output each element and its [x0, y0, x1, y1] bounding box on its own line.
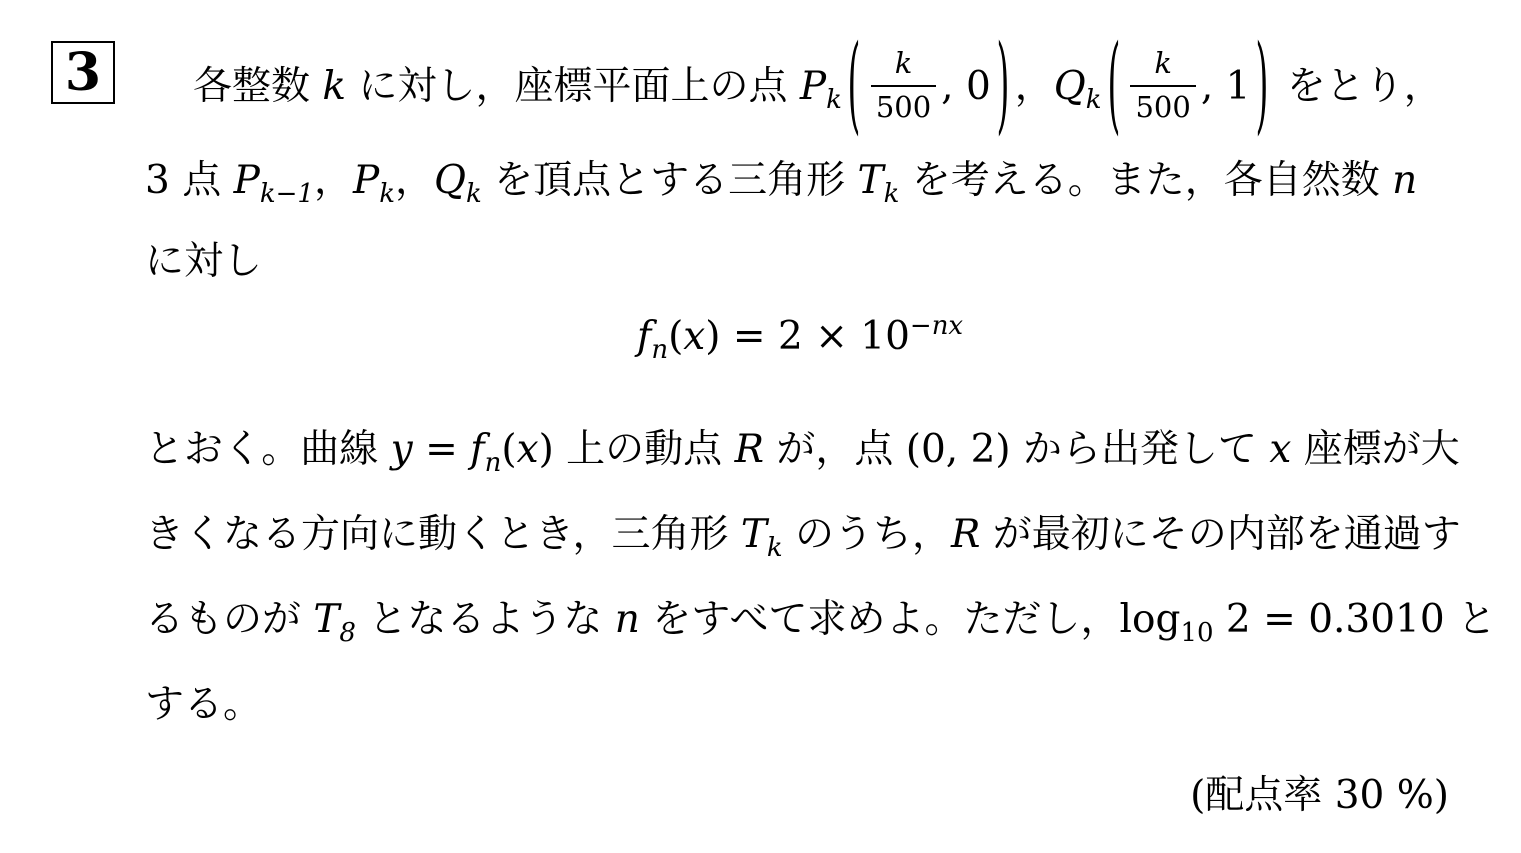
problem-number-box: 3 — [51, 41, 115, 104]
math-subscript: k — [884, 179, 900, 209]
math-variable-n: n — [615, 597, 640, 642]
text-run: = — [413, 427, 470, 472]
text-run: に対し，座標平面上の点 — [346, 64, 800, 109]
text-run: ， — [1015, 64, 1054, 109]
math-variable-k: k — [322, 64, 346, 109]
text-run: に対し — [145, 239, 262, 284]
math-subscript: k — [826, 85, 842, 115]
text-run: きくなる方向に動くとき，三角形 — [145, 512, 741, 557]
text-run: が，点 (0, 2) から出発して — [764, 427, 1269, 472]
math-subscript: k — [1086, 85, 1102, 115]
text-run: ， — [314, 158, 353, 203]
text-run: をとり， — [1274, 64, 1442, 109]
math-variable-Q: Q — [434, 158, 466, 203]
statement-line-6: るものが T8 となるような n をすべて求めよ。ただし，log10 2 = 0… — [145, 594, 1496, 659]
math-variable-P: P — [234, 158, 260, 203]
math-variable-x: x — [1269, 427, 1291, 472]
text-run: , 1 — [1201, 64, 1251, 109]
text-run: する。 — [145, 682, 262, 727]
score-note: (配点率 30 %) — [1190, 770, 1449, 822]
text-run: るものが — [145, 597, 313, 642]
math-variable-R: R — [951, 512, 980, 557]
math-subscript: 8 — [339, 618, 356, 648]
text-run: ) — [539, 427, 554, 472]
fraction-numerator: k — [1150, 49, 1176, 85]
math-variable-f: f — [637, 314, 651, 359]
log-operator: log — [1120, 597, 1181, 642]
text-run: 上の動点 — [554, 427, 735, 472]
math-subscript: k — [466, 179, 482, 209]
log-base-subscript: 10 — [1180, 618, 1213, 648]
math-subscript: k−1 — [260, 179, 314, 209]
math-subscript: k — [379, 179, 395, 209]
math-variable-x: x — [517, 427, 539, 472]
text-run: 3 点 — [145, 158, 234, 203]
statement-line-3: に対し — [145, 236, 262, 288]
text-run: を考える。また，各自然数 — [899, 158, 1392, 203]
math-variable-x: x — [683, 314, 705, 359]
fraction-k-over-500: k500 — [1130, 49, 1195, 122]
statement-line-5: きくなる方向に動くとき，三角形 Tk のうち，R が最初にその内部を通過す — [145, 509, 1461, 574]
math-variable-y: y — [391, 427, 413, 472]
statement-line-1: 各整数 k に対し，座標平面上の点 Pk(k500, 0)，Qk(k500, 1… — [193, 32, 1443, 142]
math-variable-P: P — [800, 64, 826, 109]
math-variable-n: n — [1392, 158, 1417, 203]
statement-line-7: する。 — [145, 679, 262, 731]
problem-number: 3 — [65, 47, 101, 99]
big-paren-left: ( — [1107, 30, 1120, 136]
text-run: ( — [668, 314, 683, 359]
big-paren-left: ( — [847, 30, 860, 136]
text-run: , 0 — [941, 64, 991, 109]
math-variable-T: T — [313, 597, 339, 642]
text-run: が最初にその内部を通過す — [980, 512, 1460, 557]
text-run: のうち， — [783, 512, 951, 557]
text-run: 2 = 0.3010 と — [1214, 597, 1497, 642]
math-variable-Q: Q — [1054, 64, 1086, 109]
big-paren-right: ) — [996, 30, 1009, 136]
math-variable-f: f — [470, 427, 484, 472]
math-subscript: k — [767, 533, 783, 563]
text-run: 座標が大 — [1291, 427, 1459, 472]
text-run: ， — [395, 158, 434, 203]
display-formula: fn(x) = 2 × 10−nx — [145, 296, 1455, 380]
math-superscript: −nx — [910, 311, 963, 341]
text-run: ( — [501, 427, 516, 472]
text-run: 各整数 — [193, 64, 322, 109]
math-subscript: n — [485, 448, 502, 478]
math-variable-T: T — [858, 158, 884, 203]
text-run: を頂点とする三角形 — [482, 158, 858, 203]
math-variable-P: P — [353, 158, 379, 203]
fraction-numerator: k — [891, 49, 917, 85]
statement-line-2: 3 点 Pk−1，Pk，Qk を頂点とする三角形 Tk を考える。また，各自然数… — [145, 155, 1417, 220]
fraction-denominator: 500 — [871, 85, 936, 122]
text-run: となるような — [356, 597, 615, 642]
text-run: とおく。曲線 — [145, 427, 391, 472]
math-variable-T: T — [741, 512, 767, 557]
math-subscript: n — [651, 335, 668, 365]
text-run: ) = 2 × 10 — [705, 314, 910, 359]
statement-line-4: とおく。曲線 y = fn(x) 上の動点 R が，点 (0, 2) から出発し… — [145, 424, 1460, 489]
big-paren-right: ) — [1256, 30, 1269, 136]
fraction-k-over-500: k500 — [871, 49, 936, 122]
math-variable-R: R — [735, 427, 764, 472]
text-run: をすべて求めよ。ただし， — [640, 597, 1120, 642]
fraction-denominator: 500 — [1130, 85, 1195, 122]
